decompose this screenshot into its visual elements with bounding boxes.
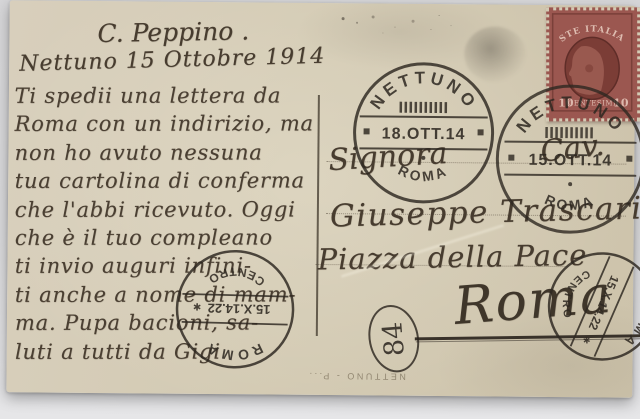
postmark-district: CENTRO bbox=[551, 262, 595, 325]
sender-name: C. Peppino . bbox=[97, 16, 249, 48]
dateline: Nettuno 15 Ottobre 1914 bbox=[19, 44, 326, 77]
postmark-province: ROMA bbox=[396, 162, 451, 185]
postmark-district: CENTRO bbox=[204, 263, 268, 289]
postmark-roma-centro-left: ROMA CENTRO 15.X.14.22 ✱ bbox=[170, 245, 299, 374]
oval-number-mark: 84 bbox=[363, 300, 426, 377]
ink-specks bbox=[342, 17, 345, 20]
postmark-date: 15.OTT.14 bbox=[528, 152, 612, 170]
ink-blot bbox=[464, 26, 526, 83]
postmark-date: 15.X.14.22 bbox=[586, 273, 622, 332]
printed-caption: NETTUNO - P... bbox=[221, 370, 491, 382]
stamp-portrait-ear bbox=[585, 64, 593, 72]
postmark-star-ornament: ✱ bbox=[193, 300, 202, 311]
postmark-nettuno-15ott: NETTUNO ROMA 15.OTT.14 bbox=[492, 80, 640, 237]
message-line: non ho avuto nessuna bbox=[15, 138, 321, 167]
postmark-date: 15.X.14.22 bbox=[207, 301, 270, 318]
postcard: C. Peppino . Nettuno 15 Ottobre 1914 Ti … bbox=[6, 0, 635, 397]
postmark-province: ROMA bbox=[542, 191, 597, 214]
message-line: tua cartolina di conferma bbox=[15, 167, 321, 196]
postmark-date: 18.OTT.14 bbox=[382, 126, 466, 144]
message-line: che l'abbi ricevuto. Oggi bbox=[15, 195, 321, 224]
postmark-nettuno-18ott: NETTUNO ROMA 18.OTT.14 bbox=[350, 59, 497, 206]
message-line: Ti spedii una lettera da bbox=[15, 81, 321, 110]
postmark-star-ornament: ✱ bbox=[580, 335, 592, 346]
message-line: Roma con un indirizio, ma bbox=[15, 110, 321, 139]
postmark-town: NETTUNO bbox=[366, 68, 481, 114]
oval-number: 84 bbox=[377, 320, 411, 357]
photo-background: C. Peppino . Nettuno 15 Ottobre 1914 Ti … bbox=[0, 0, 640, 419]
